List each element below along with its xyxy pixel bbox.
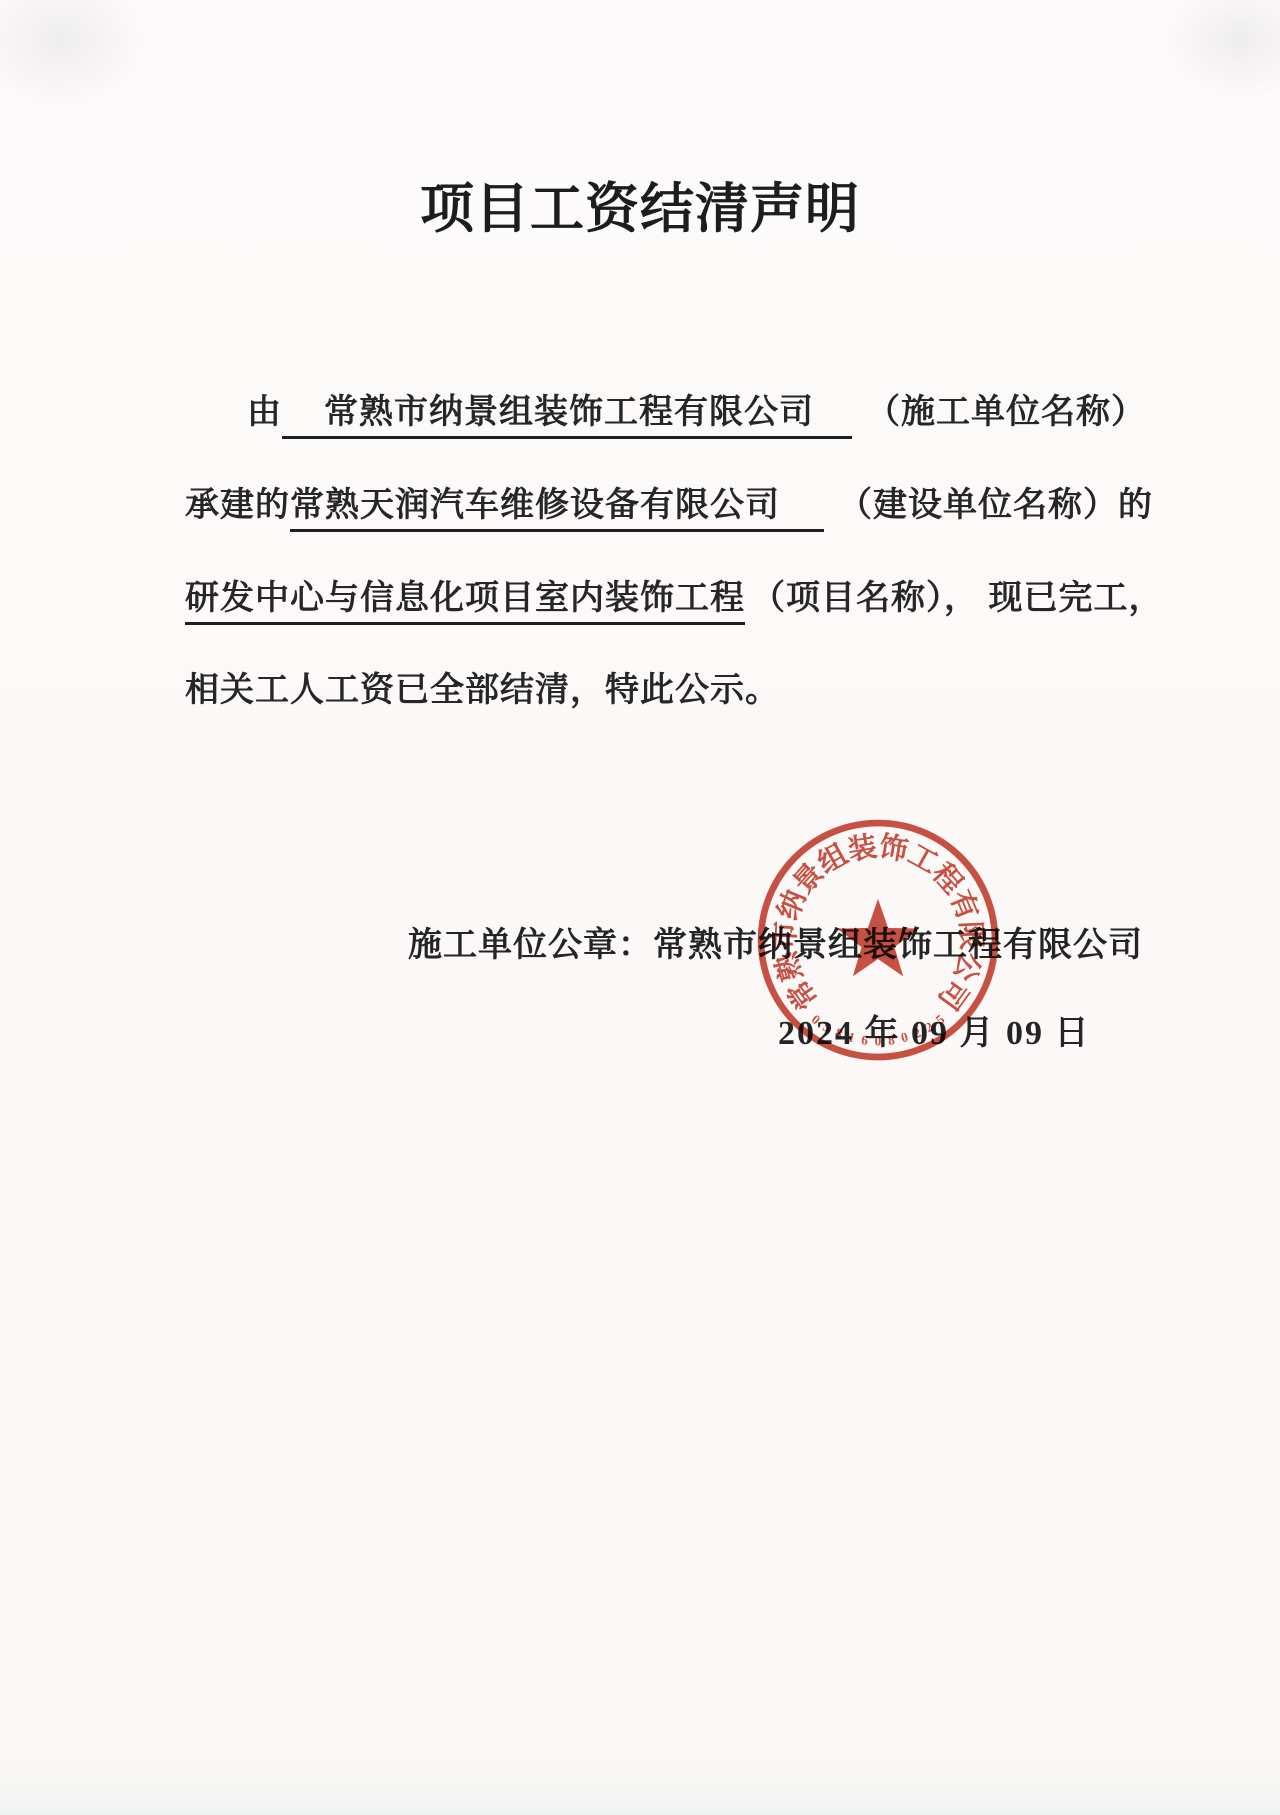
- line2-paren-label: （建设单位名称）的: [838, 487, 1153, 524]
- page-title: 项目工资结清声明: [0, 166, 1280, 243]
- project-name-underlined: 研发中心与信息化项目室内装饰工程: [185, 580, 745, 625]
- seal-company-char: 景: [787, 857, 830, 900]
- body-line-1: 由常熟市纳景组装饰工程有限公司（施工单位名称）: [185, 384, 1146, 433]
- scanned-declaration-page: 项目工资结清声明 由常熟市纳景组装饰工程有限公司（施工单位名称） 承建的常熟天润…: [0, 0, 1280, 1815]
- owner-company-underlined: 常熟天润汽车维修设备有限公司: [290, 487, 824, 532]
- seal-company-char: 饰: [877, 830, 911, 867]
- line2-prefix: 承建的: [185, 487, 290, 524]
- seal-company-char: 装: [846, 831, 880, 867]
- seal-company-char: 程: [926, 857, 969, 900]
- date-line: 2024 年 09 月 09 日: [778, 1005, 1091, 1054]
- construction-company-underlined: 常熟市纳景组装饰工程有限公司: [282, 394, 852, 439]
- body-line-3: 研发中心与信息化项目室内装饰工程（项目名称）， 现已完工，: [185, 570, 1164, 619]
- signature-label: 施工单位公章：常熟市纳景组装饰工程有限公司: [408, 917, 1143, 966]
- scan-smudge: [0, 0, 150, 110]
- line3-rest: （项目名称）， 现已完工，: [751, 580, 1164, 617]
- body-line-4: 相关工人工资已全部结清，特此公示。: [185, 662, 780, 711]
- line1-prefix: 由: [247, 394, 282, 431]
- seal-company-char: 工: [903, 839, 943, 880]
- scan-smudge: [1160, 0, 1280, 100]
- body-line-2: 承建的常熟天润汽车维修设备有限公司（建设单位名称）的: [185, 477, 1153, 526]
- line1-paren-label: （施工单位名称）: [866, 394, 1146, 431]
- seal-company-char: 组: [813, 838, 854, 880]
